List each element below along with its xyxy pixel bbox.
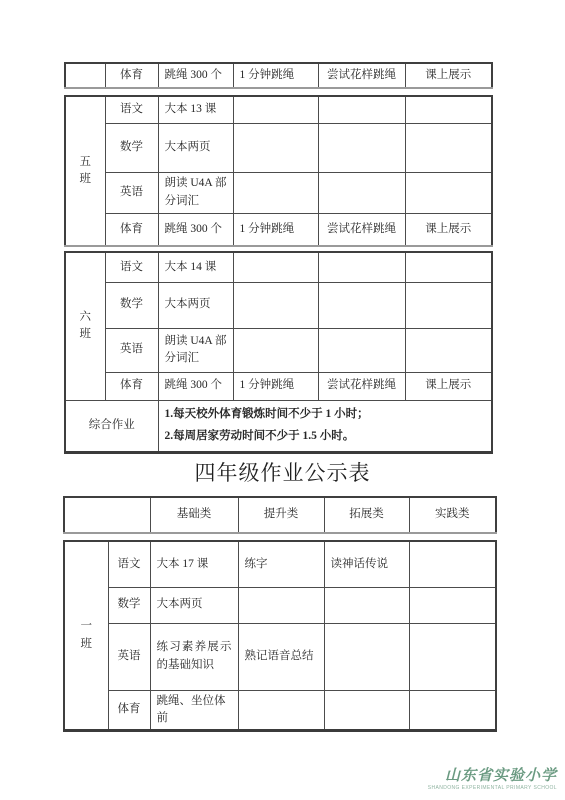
page-title: 四年级作业公示表: [0, 459, 565, 488]
basic-homework-cell: 跳绳、坐位体前: [150, 690, 238, 731]
table-row: 数学 大本两页: [64, 587, 496, 623]
document-page: 体育 跳绳 300 个 1 分钟跳绳 尝试花样跳绳 课上展示 五 班 语文 大本…: [0, 0, 565, 800]
table-row: 英语 朗读 U4A 部分词汇: [65, 328, 492, 372]
header-cell-improve: 提升类: [238, 497, 324, 533]
header-cell-basic: 基础类: [150, 497, 238, 533]
expand-homework-cell: [324, 690, 409, 731]
header-cell-expand: 拓展类: [324, 497, 409, 533]
subject-cell: 数学: [105, 123, 158, 172]
header-cell-practice: 实践类: [409, 497, 496, 533]
expand-homework-cell: 尝试花样跳绳: [318, 372, 405, 400]
practice-homework-cell: [409, 587, 496, 623]
subject-cell: 语文: [105, 252, 158, 282]
basic-homework-cell: 大本两页: [158, 123, 233, 172]
class-label-cell: 五 班: [65, 96, 105, 246]
subject-cell: 英语: [108, 623, 150, 690]
expand-homework-cell: [318, 123, 405, 172]
improve-homework-cell: [233, 172, 318, 213]
table-row: 体育 跳绳、坐位体前: [64, 690, 496, 731]
subject-cell: 语文: [105, 96, 158, 123]
basic-homework-cell: 大本两页: [158, 282, 233, 328]
improve-homework-cell: 1 分钟跳绳: [233, 213, 318, 246]
table-row: 英语 朗读 U4A 部分词汇: [65, 172, 492, 213]
expand-homework-cell: [318, 282, 405, 328]
basic-homework-cell: 朗读 U4A 部分词汇: [158, 172, 233, 213]
table-row: 五 班 语文 大本 13 课: [65, 96, 492, 123]
subject-cell: 语文: [108, 541, 150, 587]
expand-homework-cell: 尝试花样跳绳: [318, 213, 405, 246]
improve-homework-cell: [233, 123, 318, 172]
table-row: 英语 练习素养展示的基础知识 熟记语音总结: [64, 623, 496, 690]
subject-cell: 体育: [105, 63, 158, 88]
practice-homework-cell: [405, 328, 492, 372]
subject-cell: 数学: [108, 587, 150, 623]
practice-homework-cell: 课上展示: [405, 63, 492, 88]
expand-homework-cell: [318, 96, 405, 123]
basic-homework-cell: 跳绳 300 个: [158, 372, 233, 400]
header-cell-empty: [64, 497, 150, 533]
basic-homework-cell: 跳绳 300 个: [158, 213, 233, 246]
improve-homework-cell: [233, 282, 318, 328]
practice-homework-cell: 课上展示: [405, 372, 492, 400]
summary-line-2: 2.每周居家劳动时间不少于 1.5 小时。: [165, 426, 486, 447]
subject-cell: 英语: [105, 328, 158, 372]
expand-homework-cell: 尝试花样跳绳: [318, 63, 405, 88]
practice-homework-cell: [405, 172, 492, 213]
expand-homework-cell: [318, 328, 405, 372]
class-cell-empty: [65, 63, 105, 88]
summary-row: 综合作业 1.每天校外体育锻炼时间不少于 1 小时； 2.每周居家劳动时间不少于…: [65, 400, 492, 452]
summary-label-cell: 综合作业: [65, 400, 158, 452]
practice-homework-cell: [405, 252, 492, 282]
header-row: 基础类 提升类 拓展类 实践类: [64, 497, 496, 533]
expand-homework-cell: [318, 172, 405, 213]
expand-homework-cell: [324, 623, 409, 690]
basic-homework-cell: 跳绳 300 个: [158, 63, 233, 88]
grade4-header-fragment: 基础类 提升类 拓展类 实践类: [63, 496, 497, 534]
improve-homework-cell: 熟记语音总结: [238, 623, 324, 690]
table-row: 体育 跳绳 300 个 1 分钟跳绳 尝试花样跳绳 课上展示: [65, 213, 492, 246]
expand-homework-cell: [324, 587, 409, 623]
improve-homework-cell: [233, 328, 318, 372]
practice-homework-cell: [409, 541, 496, 587]
school-name-en: SHANDONG EXPERIMENTAL PRIMARY SCHOOL: [428, 786, 557, 791]
subject-cell: 体育: [105, 213, 158, 246]
practice-homework-cell: [405, 123, 492, 172]
improve-homework-cell: 1 分钟跳绳: [233, 372, 318, 400]
basic-homework-cell: 大本两页: [150, 587, 238, 623]
improve-homework-cell: 1 分钟跳绳: [233, 63, 318, 88]
table-row: 数学 大本两页: [65, 282, 492, 328]
table-row: 体育 跳绳 300 个 1 分钟跳绳 尝试花样跳绳 课上展示: [65, 63, 492, 88]
expand-homework-cell: [318, 252, 405, 282]
class-label-cell: 六 班: [65, 252, 105, 400]
subject-cell: 体育: [105, 372, 158, 400]
table-row: 六 班 语文 大本 14 课: [65, 252, 492, 282]
table-row: 数学 大本两页: [65, 123, 492, 172]
basic-homework-cell: 朗读 U4A 部分词汇: [158, 328, 233, 372]
practice-homework-cell: [409, 690, 496, 731]
practice-homework-cell: [405, 282, 492, 328]
improve-homework-cell: [233, 252, 318, 282]
school-watermark: 山东省实验小学 SHANDONG EXPERIMENTAL PRIMARY SC…: [428, 769, 557, 791]
subject-cell: 数学: [105, 282, 158, 328]
class6-fragment: 六 班 语文 大本 14 课 数学 大本两页 英语 朗读 U4A 部分词汇 体育…: [64, 251, 493, 454]
basic-homework-cell: 大本 17 课: [150, 541, 238, 587]
practice-homework-cell: [405, 96, 492, 123]
practice-homework-cell: 课上展示: [405, 213, 492, 246]
table-row: 一 班 语文 大本 17 课 练字 读神话传说: [64, 541, 496, 587]
subject-cell: 英语: [105, 172, 158, 213]
summary-content-cell: 1.每天校外体育锻炼时间不少于 1 小时； 2.每周居家劳动时间不少于 1.5 …: [158, 400, 492, 452]
table-row: 体育 跳绳 300 个 1 分钟跳绳 尝试花样跳绳 课上展示: [65, 372, 492, 400]
improve-homework-cell: [233, 96, 318, 123]
improve-homework-cell: [238, 690, 324, 731]
summary-line-1: 1.每天校外体育锻炼时间不少于 1 小时；: [165, 404, 486, 425]
practice-homework-cell: [409, 623, 496, 690]
class1-fragment: 一 班 语文 大本 17 课 练字 读神话传说 数学 大本两页 英语 练习素养展…: [63, 540, 497, 732]
basic-homework-cell: 练习素养展示的基础知识: [150, 623, 238, 690]
improve-homework-cell: [238, 587, 324, 623]
class-label-cell: 一 班: [64, 541, 108, 731]
upper-table-overflow-fragment: 体育 跳绳 300 个 1 分钟跳绳 尝试花样跳绳 课上展示: [64, 62, 493, 89]
basic-homework-cell: 大本 13 课: [158, 96, 233, 123]
improve-homework-cell: 练字: [238, 541, 324, 587]
school-name-cn: 山东省实验小学: [428, 769, 557, 784]
class5-fragment: 五 班 语文 大本 13 课 数学 大本两页 英语 朗读 U4A 部分词汇 体育…: [64, 95, 493, 247]
subject-cell: 体育: [108, 690, 150, 731]
basic-homework-cell: 大本 14 课: [158, 252, 233, 282]
expand-homework-cell: 读神话传说: [324, 541, 409, 587]
